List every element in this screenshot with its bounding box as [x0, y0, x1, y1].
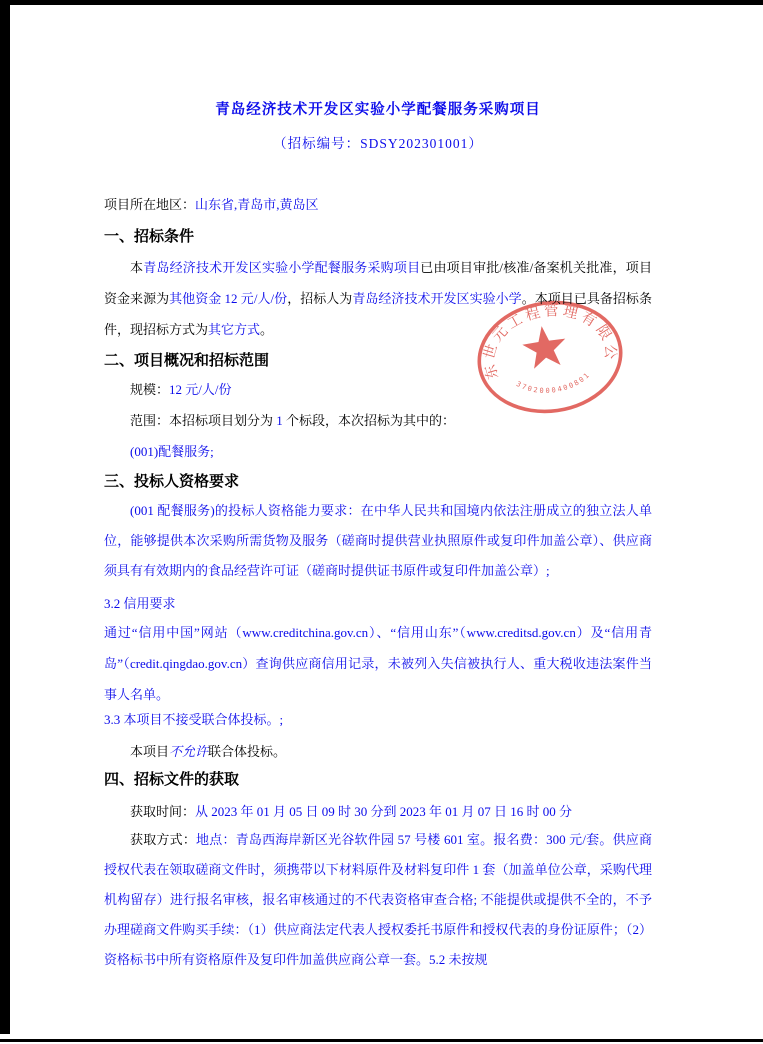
text-run: 联合体投标。 [208, 744, 286, 759]
not-allowed-emphasis: 不允许 [169, 744, 208, 759]
text-run: 本 [130, 260, 143, 275]
funding-source-value: 其他资金 12 元/人/份 [169, 291, 287, 306]
text-run: ，招标人为 [287, 291, 352, 306]
text-run: 。 [260, 322, 273, 337]
lot-count-value: 1 [273, 413, 286, 428]
obtain-method-paragraph: 获取方式：地点：青岛西海岸新区光谷软件园 57 号楼 601 室。报名费：300… [104, 825, 652, 975]
qualification-requirements-paragraph: (001 配餐服务)的投标人资格能力要求：在中华人民共和国境内依法注册成立的独立… [104, 496, 652, 586]
obtain-time-label: 获取时间： [130, 804, 195, 819]
document-title: 青岛经济技术开发区实验小学配餐服务采购项目 [104, 95, 652, 125]
lot-name-line: (001)配餐服务; [104, 437, 652, 467]
scale-value: 12 元/人/份 [169, 382, 231, 397]
obtain-time-value: 从 2023 年 01 月 05 日 09 时 30 分到 2023 年 01 … [195, 804, 572, 819]
obtain-method-label: 获取方式： [130, 832, 196, 847]
tender-number: （招标编号：SDSY202301001） [104, 129, 652, 159]
project-location-line: 项目所在地区：山东省,青岛市,黄岛区 [104, 190, 652, 220]
scope-label: 范围：本招标项目划分为 [130, 413, 273, 428]
section-2-heading: 二、项目概况和招标范围 [104, 346, 652, 376]
project-location-value: 山东省,青岛市,黄岛区 [195, 197, 319, 212]
scan-edge-top [0, 0, 763, 5]
text-run: 个标段，本次招标为其中的： [286, 413, 455, 428]
credit-requirement-paragraph: 通过“信用中国”网站（www.creditchina.gov.cn）、“信用山东… [104, 617, 652, 710]
project-location-label: 项目所在地区： [104, 197, 195, 212]
obtain-time-line: 获取时间：从 2023 年 01 月 05 日 09 时 30 分到 2023 … [104, 797, 652, 827]
consortium-rule-line: 3.3 本项目不接受联合体投标。; [104, 705, 652, 735]
section-1-heading: 一、招标条件 [104, 222, 652, 252]
text-run: 本项目 [130, 744, 169, 759]
consortium-statement-line: 本项目不允许联合体投标。 [104, 737, 652, 767]
scope-line: 范围：本招标项目划分为 1 个标段，本次招标为其中的： [104, 406, 652, 436]
scale-line: 规模：12 元/人/份 [104, 375, 652, 405]
section-3-heading: 三、投标人资格要求 [104, 467, 652, 497]
scan-edge-bottom [0, 1039, 763, 1042]
project-name-link-text: 青岛经济技术开发区实验小学配餐服务采购项目 [143, 260, 420, 275]
credit-requirement-heading: 3.2 信用要求 [104, 589, 652, 619]
section-1-paragraph: 本青岛经济技术开发区实验小学配餐服务采购项目已由项目审批/核准/备案机关批准，项… [104, 252, 652, 345]
obtain-method-value: 地点：青岛西海岸新区光谷软件园 57 号楼 601 室。报名费：300 元/套。… [104, 832, 652, 967]
tenderer-name-value: 青岛经济技术开发区实验小学 [352, 291, 521, 306]
tender-method-value: 其它方式 [208, 322, 260, 337]
scale-label: 规模： [130, 382, 169, 397]
section-4-heading: 四、招标文件的获取 [104, 765, 652, 795]
scan-edge-left [0, 0, 10, 1034]
